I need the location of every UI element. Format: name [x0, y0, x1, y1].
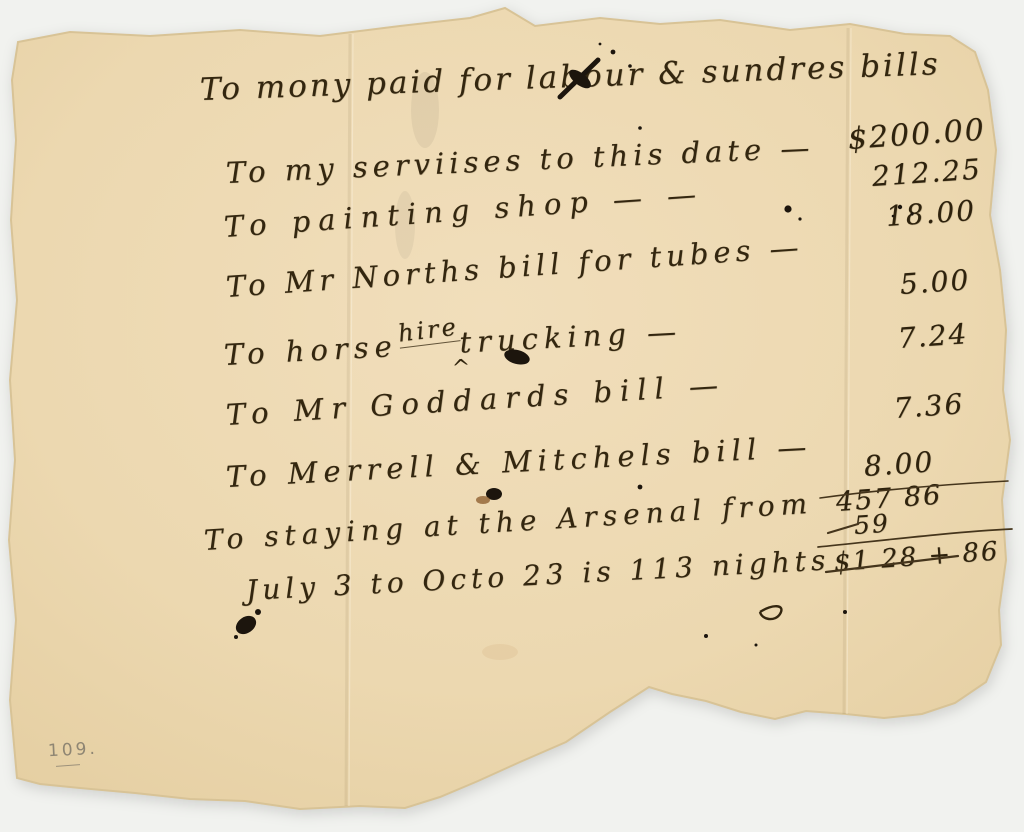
handwritten-content: To mony paid for labour & sundres bills …: [0, 0, 1024, 832]
archive-page-number: 109.: [48, 739, 99, 762]
entry-amount: 7.24: [897, 317, 969, 355]
entry-text: To staying at the Arsenal from: [203, 487, 814, 557]
entry-text: To my serviises to this date —: [225, 130, 815, 190]
entry-amount: 5.00: [899, 263, 971, 301]
entry-amount: 8.00: [863, 445, 935, 483]
carry-amount: 59: [853, 509, 891, 540]
pencil-underline: [56, 764, 80, 767]
entry-line: To staying at the Arsenal from: [203, 487, 814, 557]
insertion-gap: [398, 353, 460, 356]
scanned-document: To mony paid for labour & sundres bills …: [0, 0, 1024, 832]
entry-line: To my serviises to this date —: [225, 130, 815, 190]
entry-text: To Mr Norths bill for tubes —: [225, 230, 805, 304]
entry-amount: 18.00: [885, 194, 977, 233]
entry-text: To horse: [223, 329, 398, 372]
entry-amount: 212.25: [871, 152, 983, 193]
insertion-caret: ^: [451, 355, 471, 381]
entry-text: To mony paid for labour & sundres bills: [199, 46, 941, 108]
entry-line: To Mr Goddards bill —: [225, 367, 727, 432]
entry-text: To Merrell & Mitchels bill —: [225, 429, 813, 494]
entry-amount: 7.36: [893, 387, 965, 425]
entry-amount: $200.00: [847, 112, 987, 157]
entry-line: July 3 to Octo 23 is 113 nights: [245, 543, 831, 607]
entry-text: July 3 to Octo 23 is 113 nights: [245, 543, 831, 607]
entry-line: To Merrell & Mitchels bill —: [225, 429, 813, 494]
crossed-out-amount: $1 28 + 86: [833, 536, 1001, 577]
entry-line: To Mr Norths bill for tubes —: [225, 230, 805, 304]
entry-line: To mony paid for labour & sundres bills: [199, 46, 941, 108]
entry-text: trucking —: [459, 314, 683, 360]
entry-text: To Mr Goddards bill —: [225, 367, 727, 432]
